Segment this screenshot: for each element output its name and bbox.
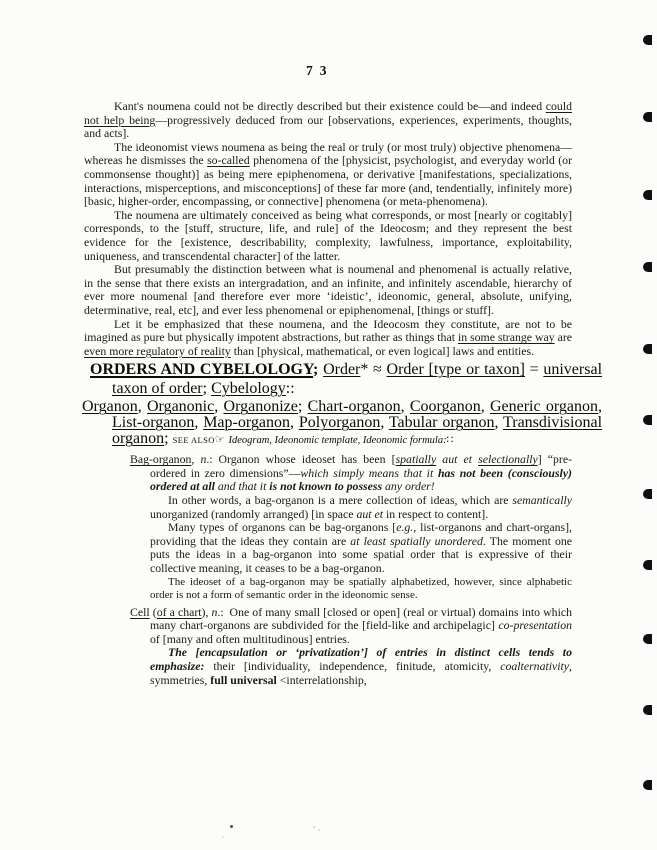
text-run: , [290,414,299,431]
text-run: aut et [356,507,383,521]
text-run: is not known to possess [269,479,382,493]
text-run: ORDERS AND CYBELOLOGY [90,361,313,378]
text-run: , [481,398,490,415]
text-run: ), [202,605,212,619]
text-run: Organonic [147,398,214,415]
text-run: e.g., [396,520,416,534]
section-heading-orders-and-cybelology: ORDERS AND CYBELOLOGY; Order* ≈ Order [t… [90,360,602,398]
text-run: so-called [207,153,250,167]
text-run: which simply means that it [300,466,438,480]
text-run: Generic organon [490,398,598,415]
text-run: , [138,398,147,415]
text-run: spatially [396,452,437,466]
edge-ink-mark [643,35,652,45]
edge-ink-mark [643,489,652,499]
text-run: of [many and often multitudinous] entrie… [150,632,350,646]
edge-ink-mark [643,560,652,570]
text-run: than [physical, mathematical, or even lo… [231,344,534,358]
text-run: aut et [436,452,478,466]
text-run: Many types of organons can be bag-organo… [168,520,396,534]
text-run: , [214,398,223,415]
text-run: coalternativity [500,659,569,673]
text-run: unorganized (randomly arranged) [in spac… [150,507,356,521]
text-run: Order [type or taxon] [387,361,525,378]
text-run: SEE ALSO [173,435,215,445]
ink-dot [318,829,320,831]
text-run: = [525,361,543,378]
paragraph-kant-noumena: Kant's noumena could not be directly des… [84,100,572,141]
text-run: ; [164,430,172,447]
page-number: 73 [306,63,354,79]
text-run: full universal [210,673,277,687]
edge-ink-mark [643,190,652,200]
text-run: Kant's noumena could not be directly des… [114,99,546,113]
text-run: even more regulatory of reality [84,344,231,358]
paragraph-noumena-correspond: The noumena are ultimately conceived as … [84,209,572,263]
text-run: Bag-organon [130,452,191,466]
edge-ink-mark [643,112,652,122]
text-run: ; [313,361,323,378]
entry-paragraph-bag-organon-3: The ideoset of a bag-organon may be spat… [150,576,572,602]
text-run: , [194,414,203,431]
text-run: In other words, a bag-organon is a mere … [168,493,512,507]
entry-definition-bag-organon: Bag-organon, n.: Organon whose ideoset h… [150,453,572,494]
text-run: their [individuality, independence, fini… [204,659,500,673]
edge-ink-mark [643,634,652,644]
text-run: Polyorganon [299,414,380,431]
entry-paragraph-bag-organon-1: In other words, a bag-organon is a mere … [150,494,572,521]
text-run: <interrelationship, [277,673,367,687]
text-run: co-presentation [498,618,572,632]
paragraph-ideonomist-views: The ideonomist views noumena as being th… [84,141,572,209]
text-run: are [555,330,572,344]
edge-ink-mark [643,705,652,715]
text-run: Organonize [224,398,298,415]
paragraph-noumenal-phenomenal: But presumably the distinction between w… [84,263,572,317]
text-run: :: [286,380,295,397]
text-run: Map-organon [203,414,290,431]
edge-ink-mark [643,262,652,272]
text-run: Organon [82,398,138,415]
text-run: List-organon [112,414,194,431]
entry-paragraph-bag-organon-2: Many types of organons can be bag-organo… [150,521,572,575]
edge-ink-mark [643,780,652,790]
text-run: in some strange way [458,330,555,344]
ink-dot [230,825,233,828]
text-run: Tabular organon [389,414,495,431]
text-run: of a chart [157,605,202,619]
ink-dot [222,836,224,838]
text-run: ; [298,398,308,415]
text-run: Coorganon [410,398,481,415]
paragraph-ideocosm-regulatory: Let it be emphasized that these noumena,… [84,318,572,359]
text-run: Order [323,361,360,378]
text-run: ( [150,605,157,619]
text-run: * ≈ [360,361,386,378]
text-run: , [598,398,602,415]
edge-ink-mark [643,415,652,425]
text-run: ∷ [447,434,454,446]
text-run: Chart-organon [308,398,401,415]
text-run: .: Organon whose ideoset has been [ [206,452,395,466]
text-run: at least spatially unordered [350,534,483,548]
text-run: selectionally [478,452,538,466]
text-run: Ideogram, Ideonomic template, Ideonomic … [228,435,446,446]
text-run: But presumably the distinction between w… [84,262,572,317]
entry-definition-cell: Cell (of a chart), n.: One of many small… [150,606,572,647]
text-run: ☞ [215,433,229,446]
text-run: , [494,414,503,431]
text-run: ; [203,380,211,397]
text-run: The ideoset of a bag-organon may be spat… [150,576,572,601]
entry-paragraph-cell-1: The [encapsulation or ‘privatization’] o… [150,646,572,687]
text-run: and that it [215,479,269,493]
ink-dot [313,826,315,828]
text-run: Cell [130,605,150,619]
subject-heading-organon-terms: Organon, Organonic, Organonize; Chart-or… [82,399,602,449]
page-content: Kant's noumena could not be directly des… [84,100,572,687]
text-run: —progressively deduced from our [observa… [84,113,572,141]
edge-ink-mark [643,344,652,354]
text-run: Cybelology [211,380,286,397]
text-run: , [380,414,389,431]
text-run: any order! [382,479,435,493]
text-run: The noumena are ultimately conceived as … [84,208,572,263]
text-run: , [401,398,410,415]
text-run: in respect to content]. [383,507,488,521]
text-run: semantically [512,493,572,507]
